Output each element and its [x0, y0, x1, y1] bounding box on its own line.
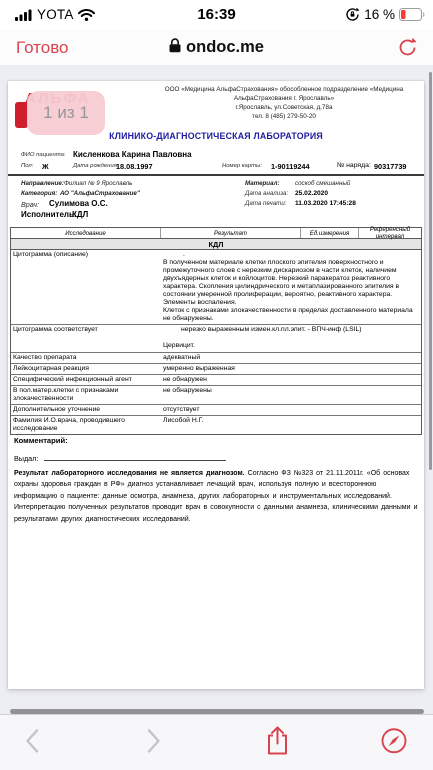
disclaimer-line: охраны здоровья граждан в РФ» диагноз ус…: [14, 479, 421, 490]
patient-sex-label: Пол:: [21, 163, 33, 169]
row-name: Цитограмма соответствует: [11, 325, 161, 352]
result-line: отсутствует: [163, 406, 419, 414]
row-name: Специфический инфекционный агент: [11, 375, 161, 385]
disclaimer-bold: Результат лабораторного исследования не …: [14, 470, 245, 477]
row-name: В пол.матер.клетки с признаками злокачес…: [11, 386, 161, 404]
result-line: не обнаружены: [163, 387, 419, 395]
table-row: Качество препарата адекватный: [11, 353, 421, 364]
table-row: Цитограмма (описание) . В полученном мат…: [11, 250, 421, 325]
issued-signature-line: [44, 454, 226, 461]
open-in-safari-button[interactable]: [380, 726, 408, 754]
material-label: Материал:: [245, 180, 280, 187]
screen: YOTA 16:39 16 % Готово on: [0, 0, 433, 770]
row-result: Лисобой Н.Г.: [161, 416, 421, 434]
row-result: не обнаружен: [161, 375, 421, 385]
table-row: Цитограмма соответствует нерезко выражен…: [11, 325, 421, 353]
row-name: Фамилия И.О.врача, проводившего исследов…: [11, 416, 161, 434]
result-line: не обнаружен: [163, 376, 419, 384]
rotation-lock-icon: [345, 7, 360, 22]
disclaimer-line: информацию о пациенте: данные осмотра, а…: [14, 491, 421, 502]
patient-sex-value: Ж: [42, 162, 49, 171]
direction-label: Направление:: [21, 180, 64, 187]
disclaimer-line: Интерпретацию полученных результатов про…: [14, 502, 421, 513]
print-date-value: 11.03.2020 17:45:28: [295, 200, 356, 207]
result-line: Лисобой Н.Г.: [163, 417, 419, 425]
disclaimer-line: Результат лабораторного исследования не …: [14, 468, 421, 479]
row-result: умеренно выраженная: [161, 364, 421, 374]
status-right: 16 %: [345, 7, 425, 22]
order-number-value: 90317739: [374, 162, 406, 171]
analysis-date-value: 25.02.2020: [295, 190, 328, 197]
result-line: Клеток с признаками злокачественности в …: [163, 307, 419, 315]
material-value: соскоб смешанный: [295, 180, 350, 187]
result-line: В полученном материале клетки плоского э…: [163, 259, 419, 267]
result-line: адекватный: [163, 354, 419, 362]
vertical-scroll-indicator[interactable]: [429, 72, 432, 470]
row-name: Лейкоцитарная реакция: [11, 364, 161, 374]
category-label: Категория:: [21, 190, 57, 197]
executor-label: Исполнитель:: [21, 210, 77, 219]
patient-dob-value: 18.08.1997: [116, 162, 153, 171]
report-page: АЛЬФА 1 из 1 ООО «Медицина АльфаСтрахова…: [8, 81, 424, 689]
row-name-line: В пол.матер.клетки с признаками: [13, 387, 159, 395]
disclaimer-text: Результат лабораторного исследования не …: [14, 468, 421, 525]
result-line: не обнаружены.: [163, 315, 419, 323]
battery-icon: [399, 8, 425, 21]
row-name-line: исследование: [13, 425, 159, 433]
result-line: характера. Скопления цилиндрического и м…: [163, 283, 419, 291]
result-line: промежуточного слоев с нерезким дискарио…: [163, 267, 419, 275]
table-row: Специфический инфекционный агент не обна…: [11, 375, 421, 386]
result-line: Цервицит.: [163, 342, 419, 350]
org-line: АльфаСтрахования г. Ярославль»: [146, 95, 422, 104]
org-line: ООО «Медицина АльфаСтрахования» обособле…: [146, 86, 422, 95]
card-number-value: 1-90119244: [271, 162, 310, 171]
analysis-date-label: Дата анализа:: [245, 190, 288, 197]
row-result: не обнаружены: [161, 386, 421, 404]
url-label: ondoc.me: [186, 38, 264, 56]
organization-header: ООО «Медицина АльфаСтрахования» обособле…: [146, 86, 422, 122]
reload-button[interactable]: [397, 37, 418, 58]
direction-value: Филиал № 9 Ярославль: [64, 180, 132, 187]
row-result: . В полученном материале клетки плоского…: [161, 250, 421, 324]
page-number-badge: 1 из 1: [27, 91, 105, 135]
table-row: В пол.матер.клетки с признаками злокачес…: [11, 386, 421, 405]
row-result: адекватный: [161, 353, 421, 363]
result-line: двухъядерных клеток и койлоцитов. Нерезк…: [163, 275, 419, 283]
issued-label: Выдал:: [14, 454, 38, 463]
battery-percent-label: 16 %: [364, 7, 395, 22]
address-display[interactable]: ondoc.me: [0, 38, 433, 57]
col-header-study: Исследование: [11, 228, 161, 238]
back-button[interactable]: [24, 727, 40, 753]
result-line: Элементы воспаления.: [163, 299, 419, 307]
table-row: Дополнительное уточнение отсутствует: [11, 405, 421, 416]
table-header-row: Исследование Результат Ед.измерения Рефе…: [11, 228, 421, 239]
result-line: .: [163, 251, 419, 259]
doctor-value: Сулимова О.С.: [49, 199, 108, 208]
patient-fio-label: ФИО пациента:: [21, 152, 66, 158]
browser-toolbar: [0, 715, 433, 770]
disclaimer-line: результатами других диагностических иссл…: [14, 514, 421, 525]
patient-dob-label: Дата рождения:: [73, 163, 119, 169]
results-table: Исследование Результат Ед.измерения Рефе…: [10, 227, 422, 435]
table-row: Лейкоцитарная реакция умеренно выраженна…: [11, 364, 421, 375]
category-value: АО "АльфаСтрахование": [60, 190, 140, 197]
share-button[interactable]: [264, 724, 291, 756]
result-line: умеренно выраженная: [163, 365, 419, 373]
row-name: Качество препарата: [11, 353, 161, 363]
org-line: тел. 8 (485) 279-50-20: [146, 113, 422, 122]
doctor-label: Врач:: [21, 200, 39, 209]
row-name-line: злокачественности: [13, 395, 159, 403]
table-row: Фамилия И.О.врача, проводившего исследов…: [11, 416, 421, 434]
status-bar: YOTA 16:39 16 %: [0, 0, 433, 30]
document-viewport[interactable]: АЛЬФА 1 из 1 ООО «Медицина АльфаСтрахова…: [0, 65, 433, 715]
print-date-label: Дата печати:: [245, 200, 287, 207]
section-row-kdl: КДЛ: [11, 239, 421, 250]
result-line: нерезко выраженным измен.кл.пл.эпит. - В…: [163, 326, 419, 334]
comment-label: Комментарий:: [14, 436, 68, 445]
row-name: Цитограмма (описание): [11, 250, 161, 324]
horizontal-scroll-indicator[interactable]: [10, 709, 424, 714]
card-number-label: Номер карты:: [222, 163, 262, 169]
forward-button[interactable]: [146, 727, 162, 753]
result-line: состоянии умеренной пролиферации, вероят…: [163, 291, 419, 299]
col-header-result: Результат: [161, 228, 301, 238]
patient-fio-value: Кисленкова Карина Павловна: [73, 150, 192, 159]
padlock-icon: [169, 38, 181, 53]
row-name-line: Фамилия И.О.врача, проводившего: [13, 417, 159, 425]
col-header-units: Ед.измерения: [301, 228, 359, 238]
org-line: г.Ярославль, ул.Советская, д.78а: [146, 104, 422, 113]
row-name: Дополнительное уточнение: [11, 405, 161, 415]
executor-value: КДЛ: [72, 210, 88, 219]
header-divider: [8, 174, 424, 176]
disclaimer-rest: Согласно ФЗ №323 от 21.11.2011г. «Об осн…: [245, 470, 410, 477]
row-result: нерезко выраженным измен.кл.пл.эпит. - В…: [161, 325, 421, 352]
issued-by: Выдал:: [14, 454, 226, 463]
col-header-reference: Референсный интервал: [359, 228, 421, 238]
row-result: отсутствует: [161, 405, 421, 415]
browser-bar: Готово ondoc.me: [0, 30, 433, 65]
order-number-label: № наряда:: [337, 162, 371, 169]
